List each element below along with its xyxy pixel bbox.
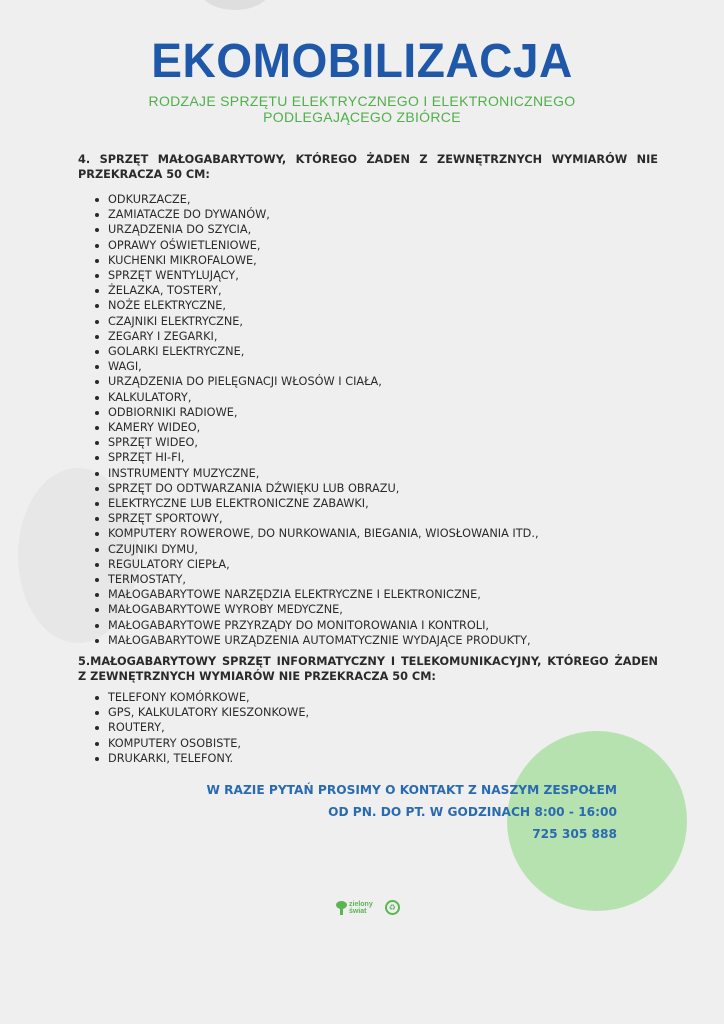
list-item: MAŁOGABARYTOWE WYROBY MEDYCZNE,: [94, 602, 539, 617]
subtitle-line-1: RODZAJE SPRZĘTU ELEKTRYCZNEGO I ELEKTRON…: [0, 93, 724, 109]
list-item: TELEFONY KOMÓRKOWE,: [94, 690, 309, 705]
list-item: SPRZĘT WIDEO,: [94, 435, 539, 450]
section-5-list: TELEFONY KOMÓRKOWE,GPS, KALKULATORY KIES…: [94, 690, 309, 766]
list-item: CZAJNIKI ELEKTRYCZNE,: [94, 314, 539, 329]
list-item: KOMPUTERY ROWEROWE, DO NURKOWANIA, BIEGA…: [94, 526, 539, 541]
list-item: REGULATORY CIEPŁA,: [94, 557, 539, 572]
list-item: MAŁOGABARYTOWE NARZĘDZIA ELEKTRYCZNE I E…: [94, 587, 539, 602]
zielony-swiat-logo: zielony świat: [336, 901, 373, 915]
page-subtitle: RODZAJE SPRZĘTU ELEKTRYCZNEGO I ELEKTRON…: [0, 93, 724, 125]
list-item: CZUJNIKI DYMU,: [94, 542, 539, 557]
list-item: ODBIORNIKI RADIOWE,: [94, 405, 539, 420]
list-item: MAŁOGABARYTOWE URZĄDZENIA AUTOMATYCZNIE …: [94, 633, 539, 648]
background-shape: [200, 0, 270, 10]
list-item: URZĄDZENIA DO SZYCIA,: [94, 222, 539, 237]
list-item: OPRAWY OŚWIETLENIOWE,: [94, 238, 539, 253]
list-item: ŻELAZKA, TOSTERY,: [94, 283, 539, 298]
list-item: ODKURZACZE,: [94, 192, 539, 207]
contact-phone: 725 305 888: [532, 827, 617, 841]
document-page: EKOMOBILIZACJA RODZAJE SPRZĘTU ELEKTRYCZ…: [0, 0, 724, 1024]
page-title: EKOMOBILIZACJA: [14, 34, 709, 89]
contact-hours: OD PN. DO PT. W GODZINACH 8:00 - 16:00: [328, 805, 617, 819]
logo-wordmark: zielony świat: [349, 901, 373, 915]
recycle-icon: ♻: [385, 900, 400, 915]
list-item: TERMOSTATY,: [94, 572, 539, 587]
subtitle-line-2: PODLEGAJĄCEGO ZBIÓRCE: [0, 109, 724, 125]
contact-invitation: W RAZIE PYTAŃ PROSIMY O KONTAKT Z NASZYM…: [206, 783, 617, 797]
list-item: ROUTERY,: [94, 720, 309, 735]
list-item: ZEGARY I ZEGARKI,: [94, 329, 539, 344]
list-item: MAŁOGABARYTOWE PRZYRZĄDY DO MONITOROWANI…: [94, 618, 539, 633]
list-item: NOŻE ELEKTRYCZNE,: [94, 298, 539, 313]
footer-logos: zielony świat ♻: [336, 900, 400, 915]
list-item: INSTRUMENTY MUZYCZNE,: [94, 466, 539, 481]
list-item: WAGI,: [94, 359, 539, 374]
section-5-heading: 5.MAŁOGABARYTOWY SPRZĘT INFORMATYCZNY I …: [78, 654, 658, 684]
list-item: DRUKARKI, TELEFONY.: [94, 751, 309, 766]
list-item: GOLARKI ELEKTRYCZNE,: [94, 344, 539, 359]
section-4-heading: 4. SPRZĘT MAŁOGABARYTOWY, KTÓREGO ŻADEN …: [78, 152, 658, 182]
list-item: URZĄDZENIA DO PIELĘGNACJI WŁOSÓW I CIAŁA…: [94, 374, 539, 389]
list-item: KAMERY WIDEO,: [94, 420, 539, 435]
list-item: SPRZĘT HI-FI,: [94, 450, 539, 465]
section-4-list: ODKURZACZE,ZAMIATACZE DO DYWANÓW,URZĄDZE…: [94, 192, 539, 648]
list-item: SPRZĘT SPORTOWY,: [94, 511, 539, 526]
list-item: ELEKTRYCZNE LUB ELEKTRONICZNE ZABAWKI,: [94, 496, 539, 511]
tree-icon: [336, 901, 347, 915]
list-item: KOMPUTERY OSOBISTE,: [94, 736, 309, 751]
list-item: GPS, KALKULATORY KIESZONKOWE,: [94, 705, 309, 720]
list-item: SPRZĘT WENTYLUJĄCY,: [94, 268, 539, 283]
list-item: KUCHENKI MIKROFALOWE,: [94, 253, 539, 268]
background-circle-green: [507, 731, 687, 911]
list-item: KALKULATORY,: [94, 390, 539, 405]
list-item: ZAMIATACZE DO DYWANÓW,: [94, 207, 539, 222]
list-item: SPRZĘT DO ODTWARZANIA DŹWIĘKU LUB OBRAZU…: [94, 481, 539, 496]
